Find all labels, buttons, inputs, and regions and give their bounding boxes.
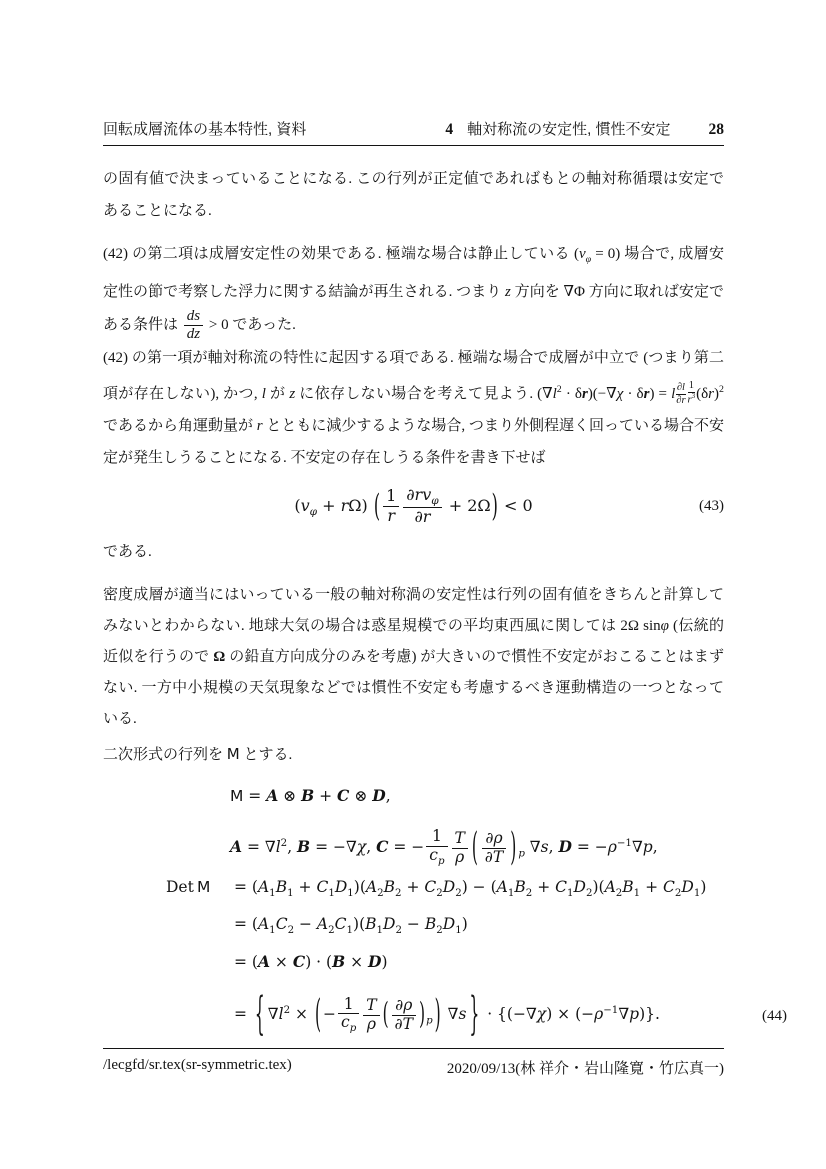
section-title: 軸対称流の安定性, 慣性不安定: [467, 121, 670, 138]
footer-date-authors: 2020/09/13(林 祥介・岩山隆寛・竹広真一): [447, 1057, 724, 1078]
det-lhs: Det M: [166, 872, 234, 903]
det-row-1: Det M = (A1B1 + C1D1)(A2B2 + C2D2) − (A1…: [166, 872, 787, 909]
paragraph-5: 二次形式の行列を M とする.: [103, 738, 724, 771]
header-rule: [103, 145, 724, 146]
equation-44-number: (44): [762, 985, 787, 1047]
paragraph-dearu: である.: [103, 536, 724, 568]
header-section: 4軸対称流の安定性, 慣性不安定: [445, 118, 670, 139]
paragraph-4: 密度成層が適当にはいっている一般の軸対称渦の安定性は行列の固有値をきちんと計算し…: [103, 580, 724, 735]
equation-43: (vφ + rΩ) (1r∂rvφ∂r + 2Ω) < 0 (43): [103, 476, 724, 536]
header-left-title: 回転成層流体の基本特性, 資料: [103, 118, 306, 139]
footer-row: /lecgfd/sr.tex(sr-symmetric.tex) 2020/09…: [103, 1057, 724, 1078]
page-header: 回転成層流体の基本特性, 資料 4軸対称流の安定性, 慣性不安定 28: [103, 118, 724, 146]
header-row: 回転成層流体の基本特性, 資料 4軸対称流の安定性, 慣性不安定 28: [103, 118, 724, 139]
det-row-4: = {∇l2 × (−1cpTρ(∂ρ∂T)p) ∇s} · {(−∇χ) × …: [166, 980, 787, 1052]
equation-43-number: (43): [699, 498, 724, 515]
page-number: 28: [709, 121, 725, 139]
equation-43-body: (vφ + rΩ) (1r∂rvφ∂r + 2Ω) < 0: [294, 486, 532, 527]
matrix-abcd-definitions: A = ∇l2, B = −∇χ, C = −1cpTρ(∂ρ∂T)p ∇s, …: [230, 820, 826, 878]
det-line-4: = {∇l2 × (−1cpTρ(∂ρ∂T)p) ∇s} · {(−∇χ) × …: [234, 980, 787, 1052]
page-footer: /lecgfd/sr.tex(sr-symmetric.tex) 2020/09…: [103, 1048, 724, 1078]
section-number: 4: [445, 121, 453, 138]
equation-matrix-m: M = A ⊗ B + C ⊗ D, A = ∇l2, B = −∇χ, C =…: [103, 780, 826, 878]
paragraph-3: (42) の第一項が軸対称流の特性に起因する項である. 極端な場合で成層が中立で…: [103, 342, 724, 474]
matrix-m-definition: M = A ⊗ B + C ⊗ D,: [230, 780, 826, 812]
equation-det-m: Det M = (A1B1 + C1D1)(A2B2 + C2D2) − (A1…: [103, 872, 787, 1052]
footer-source-path: /lecgfd/sr.tex(sr-symmetric.tex): [103, 1057, 292, 1078]
paragraph-1: の固有値で決まっていることになる. この行列が正定値であればもとの軸対称循環は安…: [103, 163, 724, 227]
document-page: 回転成層流体の基本特性, 資料 4軸対称流の安定性, 慣性不安定 28 の固有値…: [0, 0, 826, 1169]
det-line-1: = (A1B1 + C1D1)(A2B2 + C2D2) − (A1B2 + C…: [234, 872, 787, 909]
footer-rule: [103, 1048, 724, 1049]
paragraph-2: (42) の第二項は成層安定性の効果である. 極端な場合は静止している (vφ …: [103, 238, 724, 344]
